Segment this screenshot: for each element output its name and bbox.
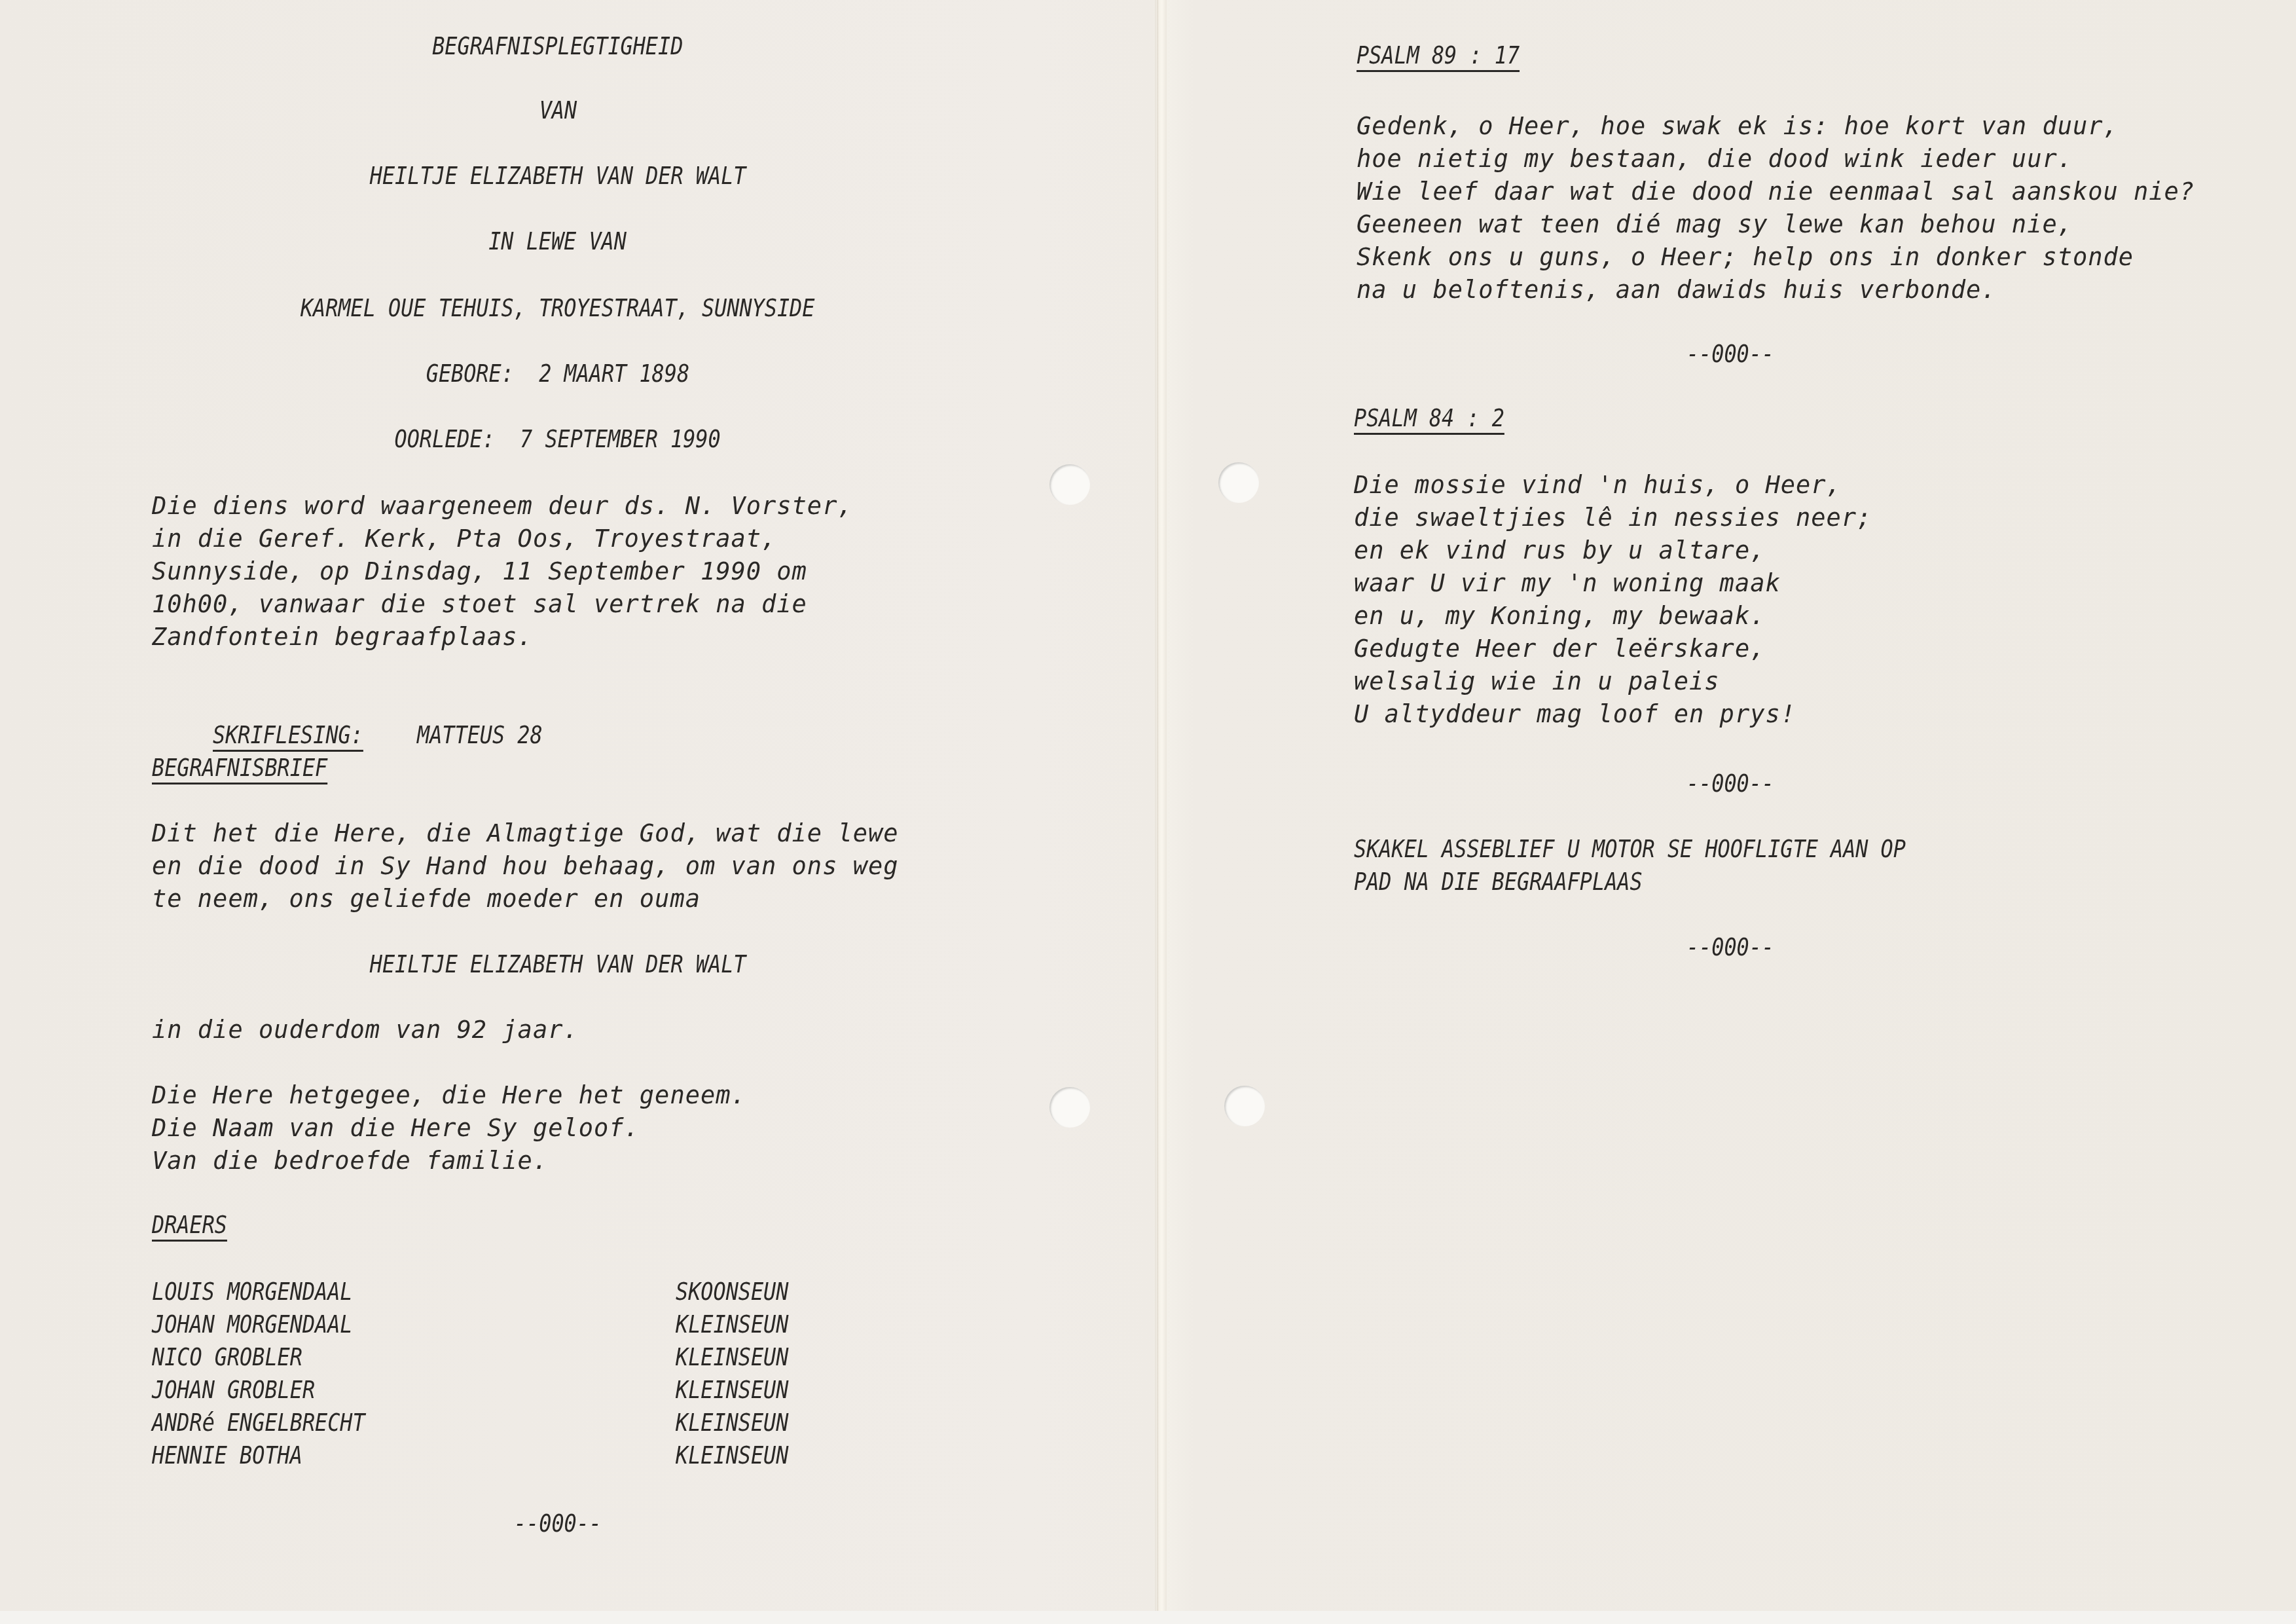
bearer-relation: KLEINSEUN [676, 1308, 788, 1341]
bearer-relation: KLEINSEUN [676, 1341, 788, 1374]
bearer-relation: SKOONSEUN [676, 1276, 788, 1308]
psalm-84-heading: PSALM 84 : 2 [1354, 402, 1504, 435]
service-line: Zandfontein begraafplaas. [152, 621, 853, 654]
deceased-name: HEILTJE ELIZABETH VAN DER WALT [370, 160, 746, 193]
psalm-line: welsalig wie in u paleis [1354, 665, 1872, 698]
letter-heading: BEGRAFNISBRIEF [152, 752, 327, 784]
bearer-relation: KLEINSEUN [676, 1374, 788, 1407]
psalm-line: U altyddeur mag loof en prys! [1354, 698, 1872, 731]
separator: --000-- [1686, 931, 1774, 964]
psalm-line: hoe nietig my bestaan, die dood wink ied… [1357, 143, 2195, 175]
psalm-84-text: Die mossie vind 'n huis, o Heer, die swa… [1354, 469, 1872, 731]
psalm-89-heading: PSALM 89 : 17 [1357, 39, 1520, 72]
bearer-row: ANDRé ENGELBRECHTKLEINSEUN [152, 1407, 807, 1439]
closing-line: Van die bedroefde familie. [152, 1145, 746, 1177]
bearer-name: HENNIE BOTHA [152, 1439, 302, 1472]
psalm-line: en u, my Koning, my bewaak. [1354, 600, 1872, 633]
psalm-line: Die mossie vind 'n huis, o Heer, [1354, 469, 1872, 502]
punch-hole-icon [1224, 1086, 1265, 1126]
bearer-row: JOHAN GROBLERKLEINSEUN [152, 1374, 807, 1407]
bearer-row: LOUIS MORGENDAALSKOONSEUN [152, 1276, 807, 1308]
psalm-line: na u beloftenis, aan dawids huis verbond… [1357, 274, 2195, 306]
service-details: Die diens word waargeneem deur ds. N. Vo… [152, 490, 853, 654]
bearers-list: LOUIS MORGENDAALSKOONSEUNJOHAN MORGENDAA… [152, 1276, 807, 1472]
letter-line: te neem, ons geliefde moeder en ouma [152, 883, 899, 915]
psalm-line: Wie leef daar wat die dood nie eenmaal s… [1357, 175, 2195, 208]
psalm-89-text: Gedenk, o Heer, hoe swak ek is: hoe kort… [1357, 110, 2195, 306]
center-fold [1155, 0, 1167, 1611]
van-label: VAN [539, 94, 576, 127]
closing-line: Die Here hetgegee, die Here het geneem. [152, 1079, 746, 1112]
punch-hole-icon [1218, 462, 1259, 503]
psalm-line: die swaeltjies lê in nessies neer; [1354, 502, 1872, 534]
bearers-heading: DRAERS [152, 1209, 227, 1242]
service-line: in die Geref. Kerk, Pta Oos, Troyestraat… [152, 523, 853, 555]
bearer-relation: KLEINSEUN [676, 1439, 788, 1472]
psalm-line: Geeneen wat teen dié mag sy lewe kan beh… [1357, 208, 2195, 241]
scanner-bed-edge [0, 1611, 2296, 1624]
psalm-line: en ek vind rus by u altare, [1354, 534, 1872, 567]
separator: --000-- [514, 1507, 602, 1540]
letter-deceased-name: HEILTJE ELIZABETH VAN DER WALT [370, 948, 746, 981]
psalm-line: Gedenk, o Heer, hoe swak ek is: hoe kort… [1357, 110, 2195, 143]
document-title: BEGRAFNISPLEGTIGHEID [432, 30, 683, 63]
closing-line: Die Naam van die Here Sy geloof. [152, 1112, 746, 1145]
letter-line: Dit het die Here, die Almagtige God, wat… [152, 817, 899, 850]
punch-hole-icon [1049, 464, 1090, 505]
bearer-row: HENNIE BOTHAKLEINSEUN [152, 1439, 807, 1472]
punch-hole-icon [1049, 1087, 1090, 1128]
bearer-name: ANDRé ENGELBRECHT [152, 1407, 365, 1439]
psalm-line: Gedugte Heer der leërskare, [1354, 633, 1872, 665]
funeral-letter: Dit het die Here, die Almagtige God, wat… [152, 817, 899, 915]
bearer-row: JOHAN MORGENDAALKLEINSEUN [152, 1308, 807, 1341]
separator: --000-- [1686, 338, 1774, 371]
age-line: in die ouderdom van 92 jaar. [152, 1014, 579, 1046]
fold-crease [1157, 0, 1158, 1611]
psalm-line: Skenk ons u guns, o Heer; help ons in do… [1357, 241, 2195, 274]
bearer-name: JOHAN GROBLER [152, 1374, 315, 1407]
headlights-notice: SKAKEL ASSEBLIEF U MOTOR SE HOOFLIGTE AA… [1354, 833, 1995, 898]
notice-line: SKAKEL ASSEBLIEF U MOTOR SE HOOFLIGTE AA… [1354, 833, 1906, 866]
bearer-name: JOHAN MORGENDAAL [152, 1308, 353, 1341]
in-lewe-van-label: IN LEWE VAN [489, 225, 627, 258]
separator: --000-- [1686, 767, 1774, 800]
psalm-line: waar U vir my 'n woning maak [1354, 567, 1872, 600]
letter-line: en die dood in Sy Hand hou behaag, om va… [152, 850, 899, 883]
notice-line: PAD NA DIE BEGRAAFPLAAS [1354, 866, 1643, 898]
bearer-row: NICO GROBLERKLEINSEUN [152, 1341, 807, 1374]
service-line: 10h00, vanwaar die stoet sal vertrek na … [152, 588, 853, 621]
birth-date: GEBORE: 2 MAART 1898 [426, 358, 689, 390]
address: KARMEL OUE TEHUIS, TROYESTRAAT, SUNNYSID… [301, 292, 814, 325]
bearer-name: NICO GROBLER [152, 1341, 302, 1374]
scripture-value: MATTEUS 28 [417, 719, 543, 752]
service-line: Sunnyside, op Dinsdag, 11 September 1990… [152, 555, 853, 588]
death-date: OORLEDE: 7 SEPTEMBER 1990 [395, 423, 721, 456]
scripture-label: SKRIFLESING: [213, 719, 363, 752]
bearer-relation: KLEINSEUN [676, 1407, 788, 1439]
bearer-name: LOUIS MORGENDAAL [152, 1276, 353, 1308]
service-line: Die diens word waargeneem deur ds. N. Vo… [152, 490, 853, 523]
closing-text: Die Here hetgegee, die Here het geneem. … [152, 1079, 746, 1177]
